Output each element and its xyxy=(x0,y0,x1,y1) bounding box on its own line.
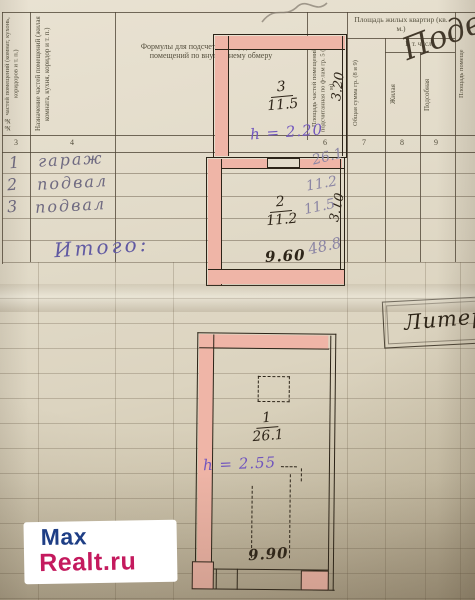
dashed-line xyxy=(289,474,291,558)
wall-inner-line xyxy=(215,49,345,50)
table-line xyxy=(115,12,116,262)
width-dimension: 9.90 xyxy=(248,544,290,564)
row-name: гараж xyxy=(38,148,104,170)
wall-top xyxy=(199,334,328,348)
table-line xyxy=(30,12,31,262)
room-number: 3 xyxy=(269,78,293,98)
dashed-mark xyxy=(301,468,302,481)
wall-tick xyxy=(216,568,217,589)
room-number: 2 xyxy=(268,193,292,213)
row-number: 2 xyxy=(6,175,18,195)
scanned-document-page: №№ частей помещений (комнат, кухонь, кор… xyxy=(0,0,475,600)
wall-opening xyxy=(267,158,300,168)
grid-line xyxy=(347,262,348,600)
table-line xyxy=(420,52,421,262)
col4-number: 4 xyxy=(66,138,78,147)
wall-left xyxy=(215,36,228,156)
col3-header: №№ частей помещений (комнат, кухонь, кор… xyxy=(4,16,29,132)
paper-fold xyxy=(0,284,475,312)
wall-top xyxy=(215,36,345,49)
col7-number: 7 xyxy=(358,138,370,147)
height-note: h = 2.20 xyxy=(249,120,323,143)
table-line xyxy=(347,12,348,262)
room-label-fraction: 1 26.1 xyxy=(242,408,292,446)
room-label-fraction: 2 11.2 xyxy=(258,192,305,230)
row-name: подвал xyxy=(35,194,107,217)
wall-corner-block xyxy=(192,561,214,589)
hatch-symbol xyxy=(258,376,290,402)
side-dimension: 3.20 xyxy=(329,71,347,102)
row-number: 3 xyxy=(6,197,18,217)
watermark-line2: Realt.ru xyxy=(39,547,137,578)
watermark-line1: Max xyxy=(41,523,88,551)
table-line xyxy=(2,12,3,264)
row-number: 1 xyxy=(8,153,20,173)
wall-inner-line xyxy=(221,159,222,285)
pencil-flourish xyxy=(258,0,330,24)
total-label: Итого: xyxy=(53,232,150,263)
col9-header: Подсобная xyxy=(423,56,453,133)
wall-tick xyxy=(237,569,238,590)
watermark-logo: Max Realt.ru xyxy=(23,520,177,585)
width-dimension: 9.60 xyxy=(265,246,306,266)
table-line xyxy=(2,12,475,13)
wall-left xyxy=(208,159,221,285)
row-name: подвал xyxy=(37,171,109,194)
table-line xyxy=(385,38,386,262)
wall-inner-line xyxy=(327,336,331,591)
col3-number: 3 xyxy=(10,138,22,147)
col9-number: 9 xyxy=(430,138,442,147)
room-label-fraction: 3 11.5 xyxy=(259,77,306,115)
col8-number: 8 xyxy=(396,138,408,147)
wall-bottom xyxy=(208,270,344,284)
floor-plan-room3: 3 11.5 h = 2.20 3.20 xyxy=(213,34,347,158)
wall-inner-line xyxy=(228,36,229,156)
room-area: 26.1 xyxy=(244,426,293,446)
wall-inner-line xyxy=(199,347,329,350)
col4-header: Назначение частей помещений (жилая комна… xyxy=(34,16,112,132)
room-area: 11.2 xyxy=(259,210,304,230)
wall-inner-line xyxy=(208,168,344,169)
wall-top-segment xyxy=(215,159,267,168)
height-note: h = 2.55 xyxy=(203,453,277,474)
wall-corner-block xyxy=(301,570,329,590)
dashed-mark xyxy=(281,466,297,467)
room-number: 1 xyxy=(255,409,279,429)
room-area: 11.5 xyxy=(260,95,305,115)
floor-plan-room1: 1 26.1 h = 2.55 9.90 xyxy=(195,332,337,590)
col8-header: Жилая xyxy=(389,56,418,133)
col7-header: Общая сумма гр. (8 и 9) xyxy=(352,54,383,133)
